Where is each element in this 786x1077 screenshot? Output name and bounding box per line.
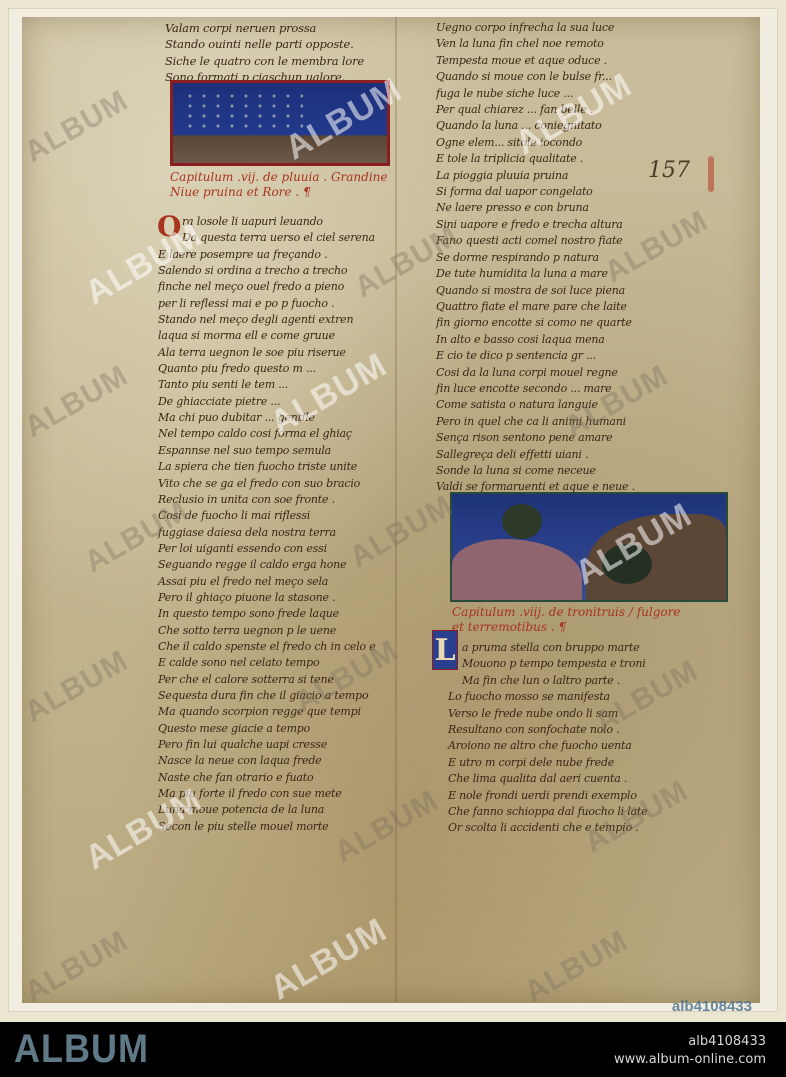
rubric-chapter-8: Capitulum .viij. de tronitruis / fulgore…: [452, 605, 680, 635]
text-line: Quattro fiate el mare pare che laite: [436, 299, 635, 315]
miniature-rock-left: [452, 539, 582, 602]
text-line: Per loi uiganti essendo con essi: [158, 541, 376, 557]
text-line: De tute humidita la luna a mare: [436, 266, 635, 282]
text-line: La spiera che tien fuocho triste unite: [158, 459, 376, 475]
text-line: Quando si mostra de soi luce piena: [436, 283, 635, 299]
miniature-tree: [602, 544, 652, 584]
text-line: Quando si moue con le bulse fr...: [436, 69, 635, 85]
miniature-stars: [183, 91, 303, 131]
text-line: E tole la triplicia qualitate .: [436, 151, 635, 167]
text-line: Stando ouinti nelle parti opposte.: [165, 36, 364, 52]
text-line: Mouono p tempo tempesta e troni: [448, 656, 648, 672]
text-line: Pero in quel che ca li animi humani: [436, 414, 635, 430]
text-line: Pero fin lui qualche uapi cresse: [158, 737, 376, 753]
rubric-line: Capitulum .vij. de pluuia . Grandine: [170, 170, 388, 185]
text-line: Che il caldo spenste el fredo ch in celo…: [158, 639, 376, 655]
text-line: Quanto piu fredo questo m ...: [158, 361, 376, 377]
watermark-footer-bar: ALBUM alb4108433 www.album-online.com: [0, 1022, 786, 1077]
text-line: Pero il ghiaço piuone la stasone .: [158, 590, 376, 606]
text-line: Siche le quatro con le membra lore: [165, 53, 364, 69]
rubric-line: et terremotibus . ¶: [452, 620, 680, 635]
rubric-chapter-7: Capitulum .vij. de pluuia . Grandine Niu…: [170, 170, 388, 200]
image-credit: alb4108433 www.album-online.com: [614, 1033, 766, 1069]
text-line: E laere posempre ua freçando .: [158, 247, 376, 263]
text-line: per li reflessi mai e po p fuocho .: [158, 296, 376, 312]
right-column-body: a pruma stella con bruppo marte Mouono p…: [448, 640, 648, 837]
text-line: Questo mese giacie a tempo: [158, 721, 376, 737]
text-line: fin giorno encotte si como ne quarte: [436, 315, 635, 331]
text-line: Per che el calore sotterra si tene: [158, 672, 376, 688]
text-line: Luna moue potencia de la luna: [158, 802, 376, 818]
text-line: E cio te dico p sentencia gr ...: [436, 348, 635, 364]
text-line: Uegno corpo infrecha la sua luce: [436, 20, 635, 36]
miniature-sky-rain: [170, 80, 390, 166]
text-line: fuga le nube siche luce ...: [436, 86, 635, 102]
text-line: Che fanno schioppa dal fuocho li late: [448, 804, 648, 820]
text-line: Da questa terra uerso el ciel serena: [158, 230, 376, 246]
text-line: Sonde la luna si come neceue: [436, 463, 635, 479]
image-id: alb4108433: [614, 1033, 766, 1051]
red-ink-mark: [708, 156, 714, 192]
text-line: Ala terra uegnon le soe piu riserue: [158, 345, 376, 361]
text-line: Sini uapore e fredo e trecha altura: [436, 217, 635, 233]
text-line: Cosi da la luna corpi mouel regne: [436, 365, 635, 381]
text-line: a pruma stella con bruppo marte: [448, 640, 648, 656]
text-line: Cosi de fuocho li mai riflessi: [158, 508, 376, 524]
text-line: Valam corpi neruen prossa: [165, 20, 364, 36]
right-column-top-text: Uegno corpo infrecha la sua luce Ven la …: [436, 20, 635, 496]
text-line: Assai piu el fredo nel meço sela: [158, 574, 376, 590]
text-line: Vito che se ga el fredo con suo bracio: [158, 476, 376, 492]
left-column-top-text: Valam corpi neruen prossa Stando ouinti …: [165, 20, 364, 85]
text-line: Ma piu forte il fredo con sue mete: [158, 786, 376, 802]
text-line: Si forma dal uapor congelato: [436, 184, 635, 200]
text-line: laqua si morma ell e come gruue: [158, 328, 376, 344]
text-line: fin luce encotte secondo ... mare: [436, 381, 635, 397]
text-line: Se dorme respirando p natura: [436, 250, 635, 266]
center-fold: [395, 17, 397, 1003]
text-line: Che sotto terra uegnon p le uene: [158, 623, 376, 639]
text-line: Verso le frede nube ondo li sam: [448, 706, 648, 722]
miniature-tree: [502, 504, 542, 539]
text-line: Salendo si ordina a trecho a trecho: [158, 263, 376, 279]
text-line: Seguando regge il caldo erga hone: [158, 557, 376, 573]
text-line: Espannse nel suo tempo semula: [158, 443, 376, 459]
text-line: Ma quando scorpion regge que tempi: [158, 704, 376, 720]
text-line: Ma chi puo dubitar ... gentile: [158, 410, 376, 426]
miniature-night-landscape: [450, 492, 728, 602]
website-link[interactable]: www.album-online.com: [614, 1051, 766, 1069]
folio-number: 157: [648, 158, 690, 183]
text-line: De ghiacciate pietre ...: [158, 394, 376, 410]
text-line: Sequesta dura fin che il giacio a tempo: [158, 688, 376, 704]
text-line: Naste che fan otrario e fuato: [158, 770, 376, 786]
text-line: Sallegreça deli effetti uiani .: [436, 447, 635, 463]
text-line: finche nel meço ouel fredo a pieno: [158, 279, 376, 295]
corner-image-id: alb4108433: [672, 998, 752, 1015]
text-line: Ne laere presso e con bruna: [436, 200, 635, 216]
text-line: Resultano con sonfochate nolo .: [448, 722, 648, 738]
text-line: Lo fuocho mosso se manifesta: [448, 689, 648, 705]
rubric-line: Capitulum .viij. de tronitruis / fulgore: [452, 605, 680, 620]
text-line: fuggiase daiesa dela nostra terra: [158, 525, 376, 541]
text-line: Ven la luna fin chel noe remoto: [436, 36, 635, 52]
text-line: Reclusio in unita con soe fronte .: [158, 492, 376, 508]
text-line: Quando la luna ... coniegnitato: [436, 118, 635, 134]
rubric-line: Niue pruina et Rore . ¶: [170, 185, 388, 200]
text-line: Or scolta li accidenti che e tempio .: [448, 820, 648, 836]
text-line: Stando nel meço degli agenti extren: [158, 312, 376, 328]
text-line: Ogne elem... sitole iocondo: [436, 135, 635, 151]
text-line: Aroiono ne altro che fuocho uenta: [448, 738, 648, 754]
text-line: In alto e basso cosi laqua mena: [436, 332, 635, 348]
left-column-body: ra losole li uapuri leuando Da questa te…: [158, 214, 376, 835]
text-line: Nel tempo caldo cosi forma el ghiaç: [158, 426, 376, 442]
text-line: Per qual chiarez ... fan belle .: [436, 102, 635, 118]
text-line: Che lima qualita dal aeri cuenta .: [448, 771, 648, 787]
text-line: E utro m corpi dele nube frede: [448, 755, 648, 771]
text-line: Fano questi acti comel nostro fiate: [436, 233, 635, 249]
text-line: In questo tempo sono frede laque: [158, 606, 376, 622]
text-line: Nasce la neue con laqua frede: [158, 753, 376, 769]
album-logo: ALBUM: [14, 1026, 149, 1072]
text-line: Tempesta moue et aque oduce .: [436, 53, 635, 69]
text-line: Sença rison sentono pene amare: [436, 430, 635, 446]
text-line: E nole frondi uerdi prendi exemplo: [448, 788, 648, 804]
text-line: ra losole li uapuri leuando: [158, 214, 376, 230]
text-line: La pioggia pluuia pruina: [436, 168, 635, 184]
text-line: Tanto piu senti le tem ...: [158, 377, 376, 393]
text-line: Ma fin che lun o laltro parte .: [448, 673, 648, 689]
text-line: E calde sono nel celato tempo: [158, 655, 376, 671]
text-line: Secon le piu stelle mouel morte: [158, 819, 376, 835]
text-line: Come satista o natura languie: [436, 397, 635, 413]
